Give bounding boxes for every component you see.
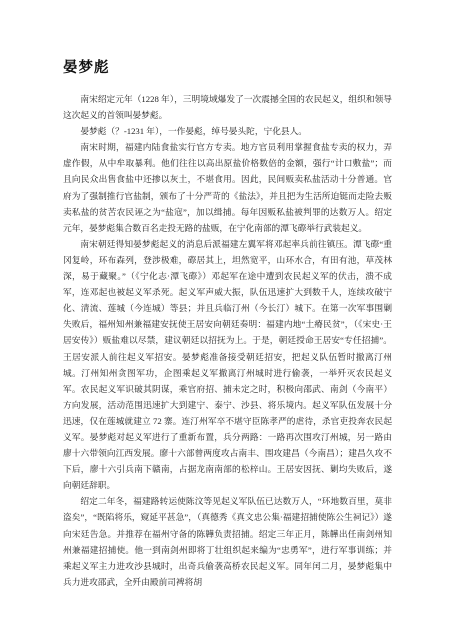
document-body: 南宋绍定元年（1228 年），三明境域爆发了一次震撼全国的农民起义，组织和领导这… (63, 91, 392, 590)
paragraph-salt-monopoly: 南宋时期，福建内陆食盐实行官方专卖。地方官员利用掌握食盐专卖的权力，弄虚作假，从… (63, 139, 392, 236)
paragraph-biography: 晏梦彪（？-1231 年），一作晏彪，绰号晏头陀，宁化县人。 (63, 123, 392, 139)
page-title: 晏梦彪 (63, 56, 392, 77)
paragraph-suppression: 绍定二年冬，福建路转运使陈汶等见起义军队伍已达数万人，“环地数百里，莫非盗矣”，… (63, 493, 392, 590)
paragraph-intro: 南宋绍定元年（1228 年），三明境域爆发了一次震撼全国的农民起义，组织和领导这… (63, 91, 392, 123)
paragraph-uprising: 南宋朝廷得知晏梦彪起义的消息后派福建左翼军将邓起率兵前往镇压。潭飞磜“重冈复岭，… (63, 236, 392, 494)
document-page: 晏梦彪 南宋绍定元年（1228 年），三明境域爆发了一次震撼全国的农民起义，组织… (0, 0, 450, 636)
